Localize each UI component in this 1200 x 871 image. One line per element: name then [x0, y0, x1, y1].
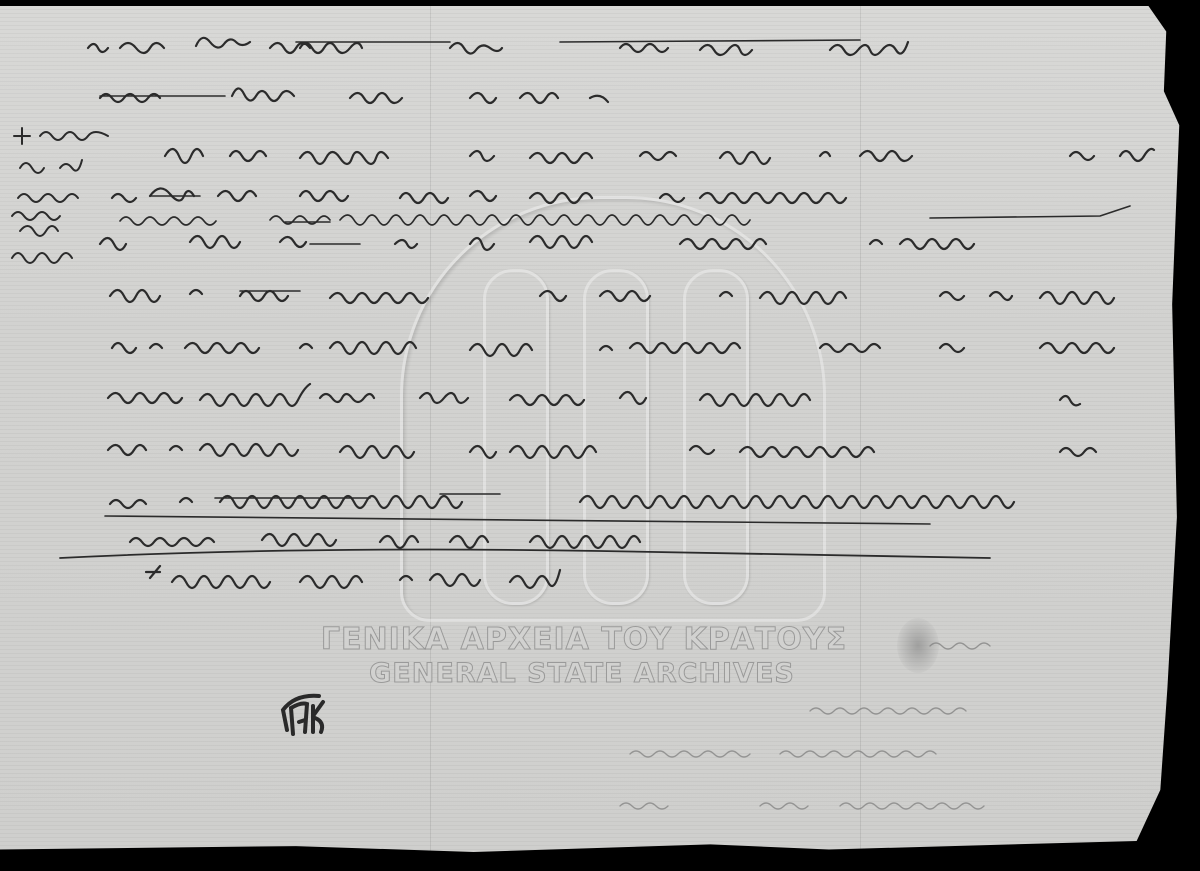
margin-note-lines — [12, 128, 108, 263]
main-text-lines — [60, 38, 1154, 588]
gak-stamp-icon — [275, 686, 335, 746]
handwritten-text — [0, 6, 1184, 858]
archive-watermark-greek: ΓΕΝΙΚΑ ΑΡΧΕΙΑ ΤΟΥ ΚΡΑΤΟΥΣ — [0, 622, 1176, 657]
manuscript-page: ΓΕΝΙΚΑ ΑΡΧΕΙΑ ΤΟΥ ΚΡΑΤΟΥΣ GENERAL STATE … — [0, 6, 1184, 858]
archive-watermark-english: GENERAL STATE ARCHIVES — [0, 658, 1174, 689]
